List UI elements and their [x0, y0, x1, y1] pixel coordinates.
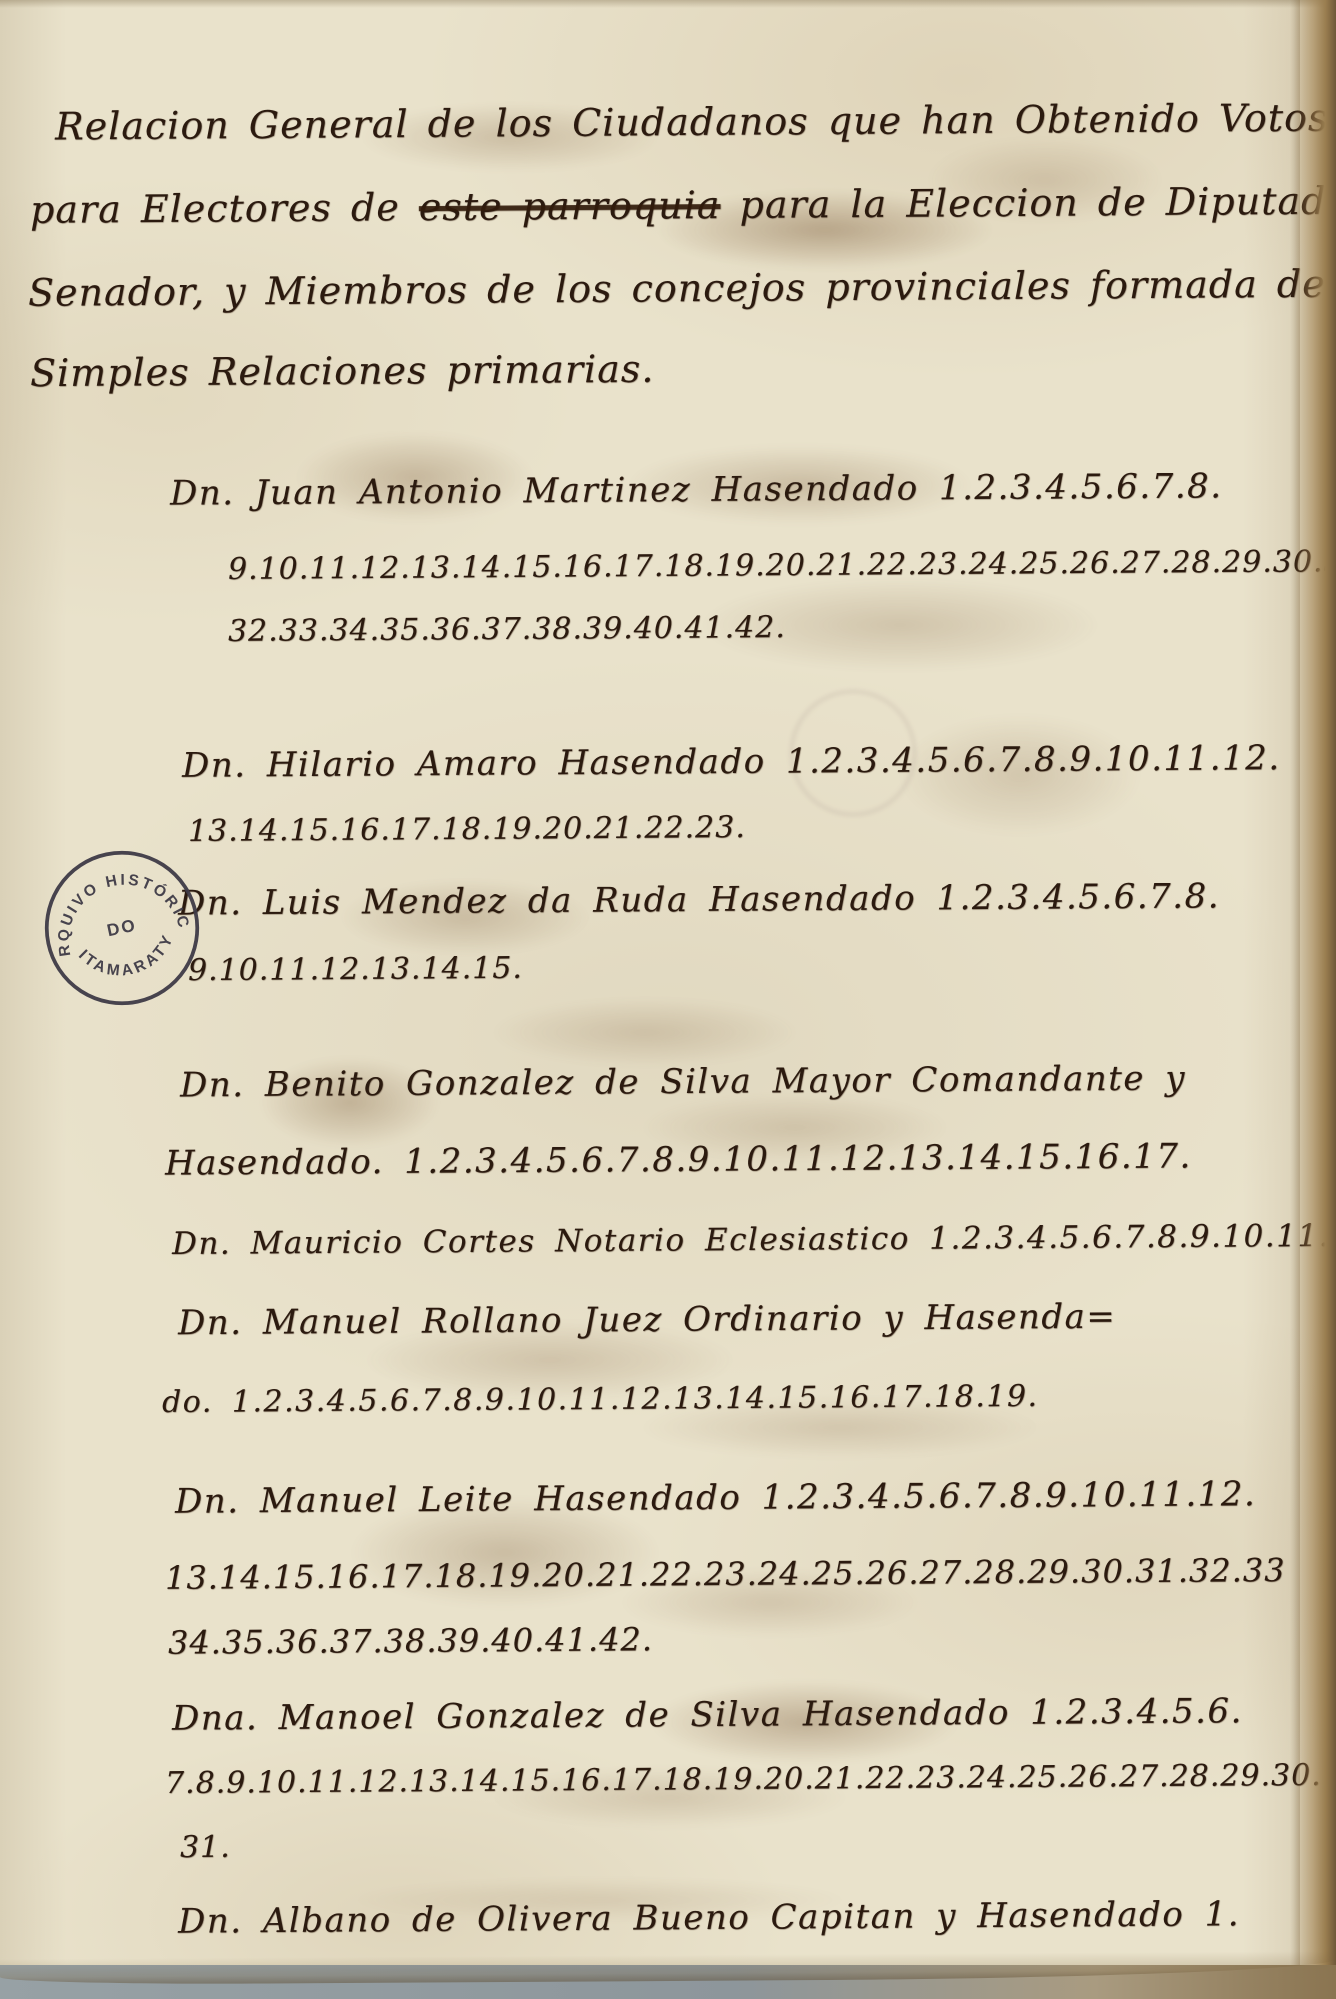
title-line-3: Senador, y Miembros de los concejos prov… — [28, 261, 1336, 315]
title-line-1: Relacion General de los Ciudadanos que h… — [55, 96, 1329, 149]
voter-entry-7-line-3: 34.35.36.37.38.39.40.41.42. — [168, 1620, 653, 1661]
stamp-bottom-arc-text: ITAMARATY — [73, 928, 184, 989]
voter-entry-2-line-1: Dn. Hilario Amaro Hasendado 1.2.3.4.5.6.… — [182, 738, 1281, 786]
voter-entry-5-line-1: Dn. Mauricio Cortes Notario Eclesiastico… — [172, 1218, 1330, 1262]
voter-entry-7-line-1: Dn. Manuel Leite Hasendado 1.2.3.4.5.6.7… — [175, 1474, 1257, 1522]
voter-entry-2-line-2: 13.14.15.16.17.18.19.20.21.22.23. — [188, 810, 746, 849]
title-line-4: Simples Relaciones primarias. — [30, 347, 655, 395]
voter-entry-6-line-2: do. 1.2.3.4.5.6.7.8.9.10.11.12.13.14.15.… — [162, 1379, 1039, 1420]
voter-entry-8-line-2: 7.8.9.10.11.12.13.14.15.16.17.18.19.20.2… — [165, 1758, 1322, 1801]
paper-top-edge — [0, 0, 1336, 8]
svg-text:ITAMARATY: ITAMARATY — [73, 928, 184, 989]
title-line-2: para Electores de este parroquia para la… — [30, 178, 1336, 232]
voter-entry-1-line-2: 9.10.11.12.13.14.15.16.17.18.19.20.21.22… — [228, 544, 1336, 587]
voter-entry-1-line-1: Dn. Juan Antonio Martinez Hasendado 1.2.… — [170, 466, 1223, 513]
voter-entry-4-line-2: Hasendado. 1.2.3.4.5.6.7.8.9.10.11.12.13… — [165, 1136, 1192, 1183]
voter-entry-8-line-3: 31. — [180, 1830, 231, 1865]
voter-entry-8-line-1: Dna. Manoel Gonzalez de Silva Hasendado … — [172, 1691, 1243, 1738]
manuscript-page: Relacion General de los Ciudadanos que h… — [0, 0, 1336, 1999]
title-line-2-post: para la Eleccion de Diputados y, — [720, 178, 1336, 227]
crossed-out-word: este parroquia — [419, 183, 721, 229]
voter-entry-9-line-1: Dn. Albano de Olivera Bueno Capitan y Ha… — [178, 1894, 1240, 1941]
voter-entry-3-line-1: Dn. Luis Mendez da Ruda Hasendado 1.2.3.… — [178, 876, 1220, 923]
voter-entry-4-line-1: Dn. Benito Gonzalez de Silva Mayor Coman… — [180, 1058, 1186, 1105]
voter-entry-6-line-1: Dn. Manuel Rollano Juez Ordinario y Hase… — [178, 1297, 1117, 1344]
archive-stamp: - ARQUIVO HISTÓRICO - ITAMARATY DO — [20, 826, 224, 1030]
voter-entry-7-line-2: 13.14.15.16.17.18.19.20.21.22.23.24.25.2… — [165, 1551, 1286, 1597]
title-line-2-pre: para Electores de — [30, 185, 419, 232]
voter-entry-3-line-2: 9.10.11.12.13.14.15. — [188, 951, 523, 988]
voter-entry-1-line-3: 32.33.34.35.36.37.38.39.40.41.42. — [228, 610, 786, 649]
page-right-edge — [1294, 0, 1336, 1999]
stamp-center-text: DO — [105, 914, 139, 940]
